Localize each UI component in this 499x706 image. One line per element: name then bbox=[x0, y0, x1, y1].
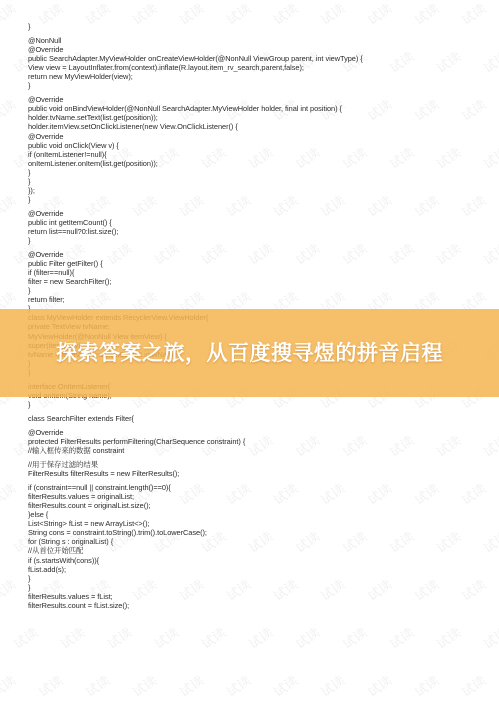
code-line: public void onBindViewHolder(@NonNull Se… bbox=[28, 104, 489, 113]
code-line: return list==null?0:list.size(); bbox=[28, 227, 489, 236]
code-line: } bbox=[28, 574, 489, 583]
watermark-text: 试读 bbox=[175, 670, 207, 700]
code-line: } bbox=[28, 236, 489, 245]
code-line: holder.itemView.setOnClickListener(new V… bbox=[28, 122, 489, 131]
code-line: }else { bbox=[28, 510, 489, 519]
watermark-text: 试读 bbox=[81, 670, 113, 700]
watermark-text: 试读 bbox=[222, 670, 254, 700]
watermark-text: 试读 bbox=[0, 574, 19, 604]
watermark-text: 试读 bbox=[269, 670, 301, 700]
code-line: } bbox=[28, 81, 489, 90]
watermark-text: 试读 bbox=[128, 670, 160, 700]
code-line: public SearchAdapter.MyViewHolder onCrea… bbox=[28, 54, 489, 63]
code-line: class SearchFilter extends Filter{ bbox=[28, 414, 489, 423]
watermark-text: 试读 bbox=[410, 670, 442, 700]
watermark-text: 试读 bbox=[0, 94, 19, 124]
watermark-text: 试读 bbox=[9, 622, 41, 652]
watermark-text: 试读 bbox=[56, 622, 88, 652]
code-line: filterResults.values = originalList; bbox=[28, 492, 489, 501]
code-line: @Override bbox=[28, 45, 489, 54]
code-line: @Override bbox=[28, 209, 489, 218]
watermark-text: 试读 bbox=[0, 478, 19, 508]
code-line: filter = new SearchFilter(); bbox=[28, 277, 489, 286]
watermark-text: 试读 bbox=[363, 670, 395, 700]
code-line: } bbox=[28, 195, 489, 204]
code-line: List<String> fList = new ArrayList<>(); bbox=[28, 519, 489, 528]
watermark-text: 试读 bbox=[385, 622, 417, 652]
code-line: filterResults.values = fList; bbox=[28, 592, 489, 601]
code-line: } bbox=[28, 400, 489, 409]
code-line: }); bbox=[28, 186, 489, 195]
code-line: @Override bbox=[28, 132, 489, 141]
code-line: if (onItemListener!=null){ bbox=[28, 150, 489, 159]
code-line: public int getItemCount() { bbox=[28, 218, 489, 227]
watermark-text: 试读 bbox=[479, 622, 499, 652]
banner-title: 探索答案之旅，从百度搜寻煜的拼音启程 bbox=[30, 340, 470, 367]
code-line: public void onClick(View v) { bbox=[28, 141, 489, 150]
watermark-text: 试读 bbox=[291, 622, 323, 652]
code-line: //从首位开始匹配 bbox=[28, 546, 489, 555]
code-line: FilterResults filterResults = new Filter… bbox=[28, 469, 489, 478]
watermark-text: 试读 bbox=[432, 622, 464, 652]
watermark-text: 试读 bbox=[34, 670, 66, 700]
code-line: return new MyViewHolder(view); bbox=[28, 72, 489, 81]
watermark-text: 试读 bbox=[457, 670, 489, 700]
code-line: filterResults.count = fList.size(); bbox=[28, 601, 489, 610]
code-line: String cons = constraint.toString().trim… bbox=[28, 528, 489, 537]
title-banner: 探索答案之旅，从百度搜寻煜的拼音启程 bbox=[0, 309, 499, 397]
watermark-text: 试读 bbox=[338, 622, 370, 652]
watermark-text: 试读 bbox=[197, 622, 229, 652]
code-line: public Filter getFilter() { bbox=[28, 259, 489, 268]
code-line: //输入框传来的数据 constraint bbox=[28, 446, 489, 455]
code-line: //用于保存过滤的结果 bbox=[28, 460, 489, 469]
code-line: return filter; bbox=[28, 295, 489, 304]
code-line: protected FilterResults performFiltering… bbox=[28, 437, 489, 446]
code-line: if (constraint==null || constraint.lengt… bbox=[28, 483, 489, 492]
code-line: } bbox=[28, 168, 489, 177]
code-line: @Override bbox=[28, 428, 489, 437]
code-line: for (String s : originalList) { bbox=[28, 537, 489, 546]
code-line: @NonNull bbox=[28, 36, 489, 45]
watermark-text: 试读 bbox=[0, 670, 19, 700]
code-line: fList.add(s); bbox=[28, 565, 489, 574]
code-line: @Override bbox=[28, 95, 489, 104]
code-line: } bbox=[28, 177, 489, 186]
watermark-text: 试读 bbox=[0, 190, 19, 220]
code-line: } bbox=[28, 583, 489, 592]
code-line: holder.tvName.setText(list.get(position)… bbox=[28, 113, 489, 122]
code-line: } bbox=[28, 22, 489, 31]
watermark-text: 试读 bbox=[244, 622, 276, 652]
watermark-text: 试读 bbox=[316, 670, 348, 700]
code-line: if (filter==null){ bbox=[28, 268, 489, 277]
watermark-text: 试读 bbox=[150, 622, 182, 652]
watermark-text: 试读 bbox=[0, 0, 19, 29]
code-line: } bbox=[28, 286, 489, 295]
code-line: filterResults.count = originalList.size(… bbox=[28, 501, 489, 510]
code-line: onItemListener.onItem(list.get(position)… bbox=[28, 159, 489, 168]
code-line: if (s.startsWith(cons)){ bbox=[28, 556, 489, 565]
code-line: @Override bbox=[28, 250, 489, 259]
watermark-text: 试读 bbox=[103, 622, 135, 652]
code-line: View view = LayoutInflater.from(context)… bbox=[28, 63, 489, 72]
